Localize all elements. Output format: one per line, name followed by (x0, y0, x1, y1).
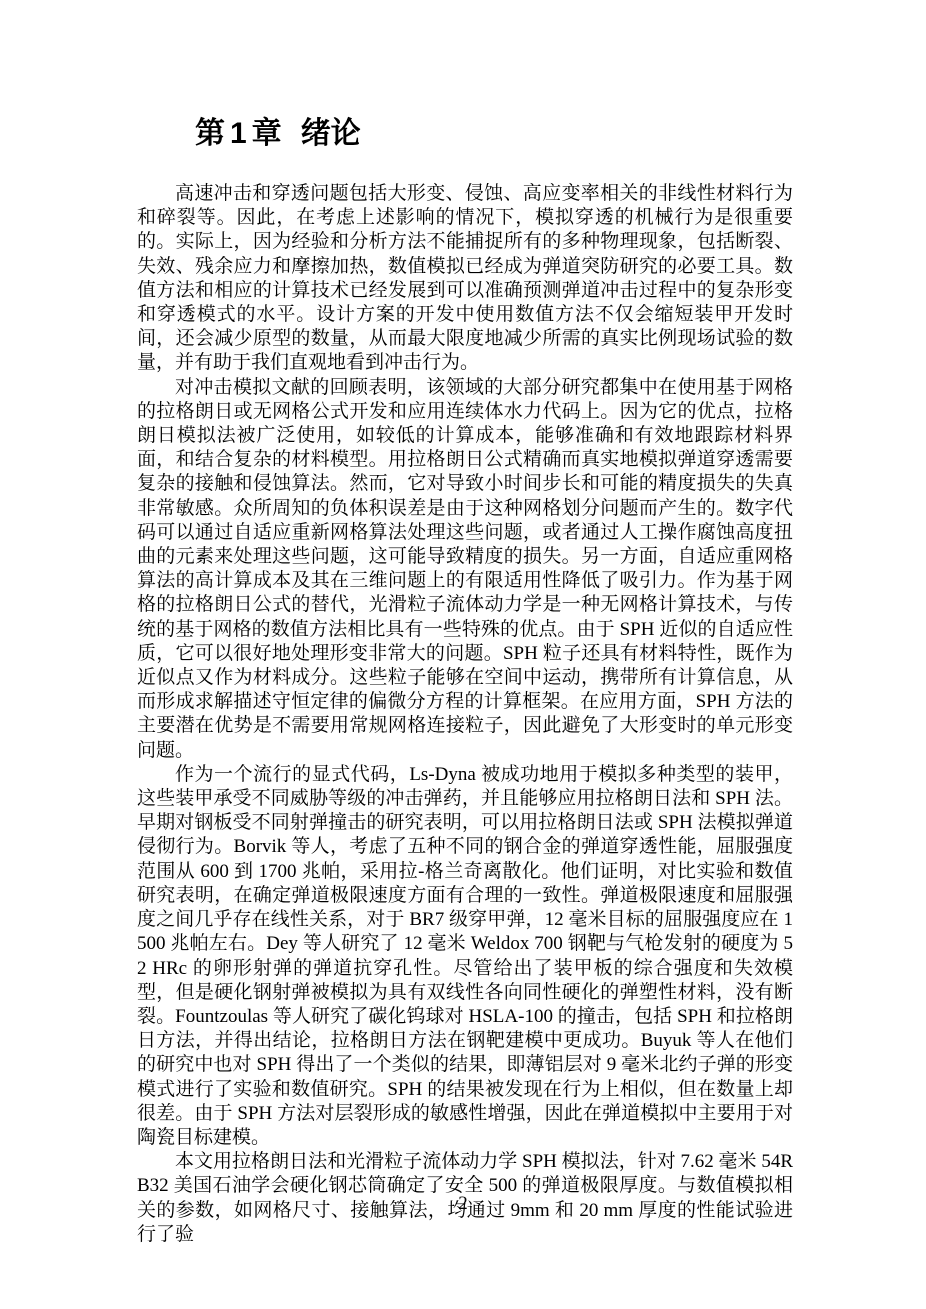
chapter-heading: 第1章绪论 (195, 116, 793, 152)
body-paragraph-3: 作为一个流行的显式代码，Ls-Dyna 被成功地用于模拟多种类型的装甲，这些装甲… (137, 763, 793, 1150)
page-number: 2 (0, 1193, 926, 1215)
body-paragraph-1: 高速冲击和穿透问题包括大形变、侵蚀、高应变率相关的非线性材料行为和碎裂等。因此，… (137, 182, 793, 376)
page-content: 第1章绪论 高速冲击和穿透问题包括大形变、侵蚀、高应变率相关的非线性材料行为和碎… (137, 116, 793, 1247)
body-paragraph-2: 对冲击模拟文献的回顾表明，该领域的大部分研究都集中在使用基于网格的拉格朗日或无网… (137, 376, 793, 763)
document-page: 第1章绪论 高速冲击和穿透问题包括大形变、侵蚀、高应变率相关的非线性材料行为和碎… (0, 0, 926, 1309)
chapter-title: 绪论 (301, 117, 361, 150)
body-text: 高速冲击和穿透问题包括大形变、侵蚀、高应变率相关的非线性材料行为和碎裂等。因此，… (137, 182, 793, 1247)
chapter-number: 第1章 (195, 117, 287, 150)
